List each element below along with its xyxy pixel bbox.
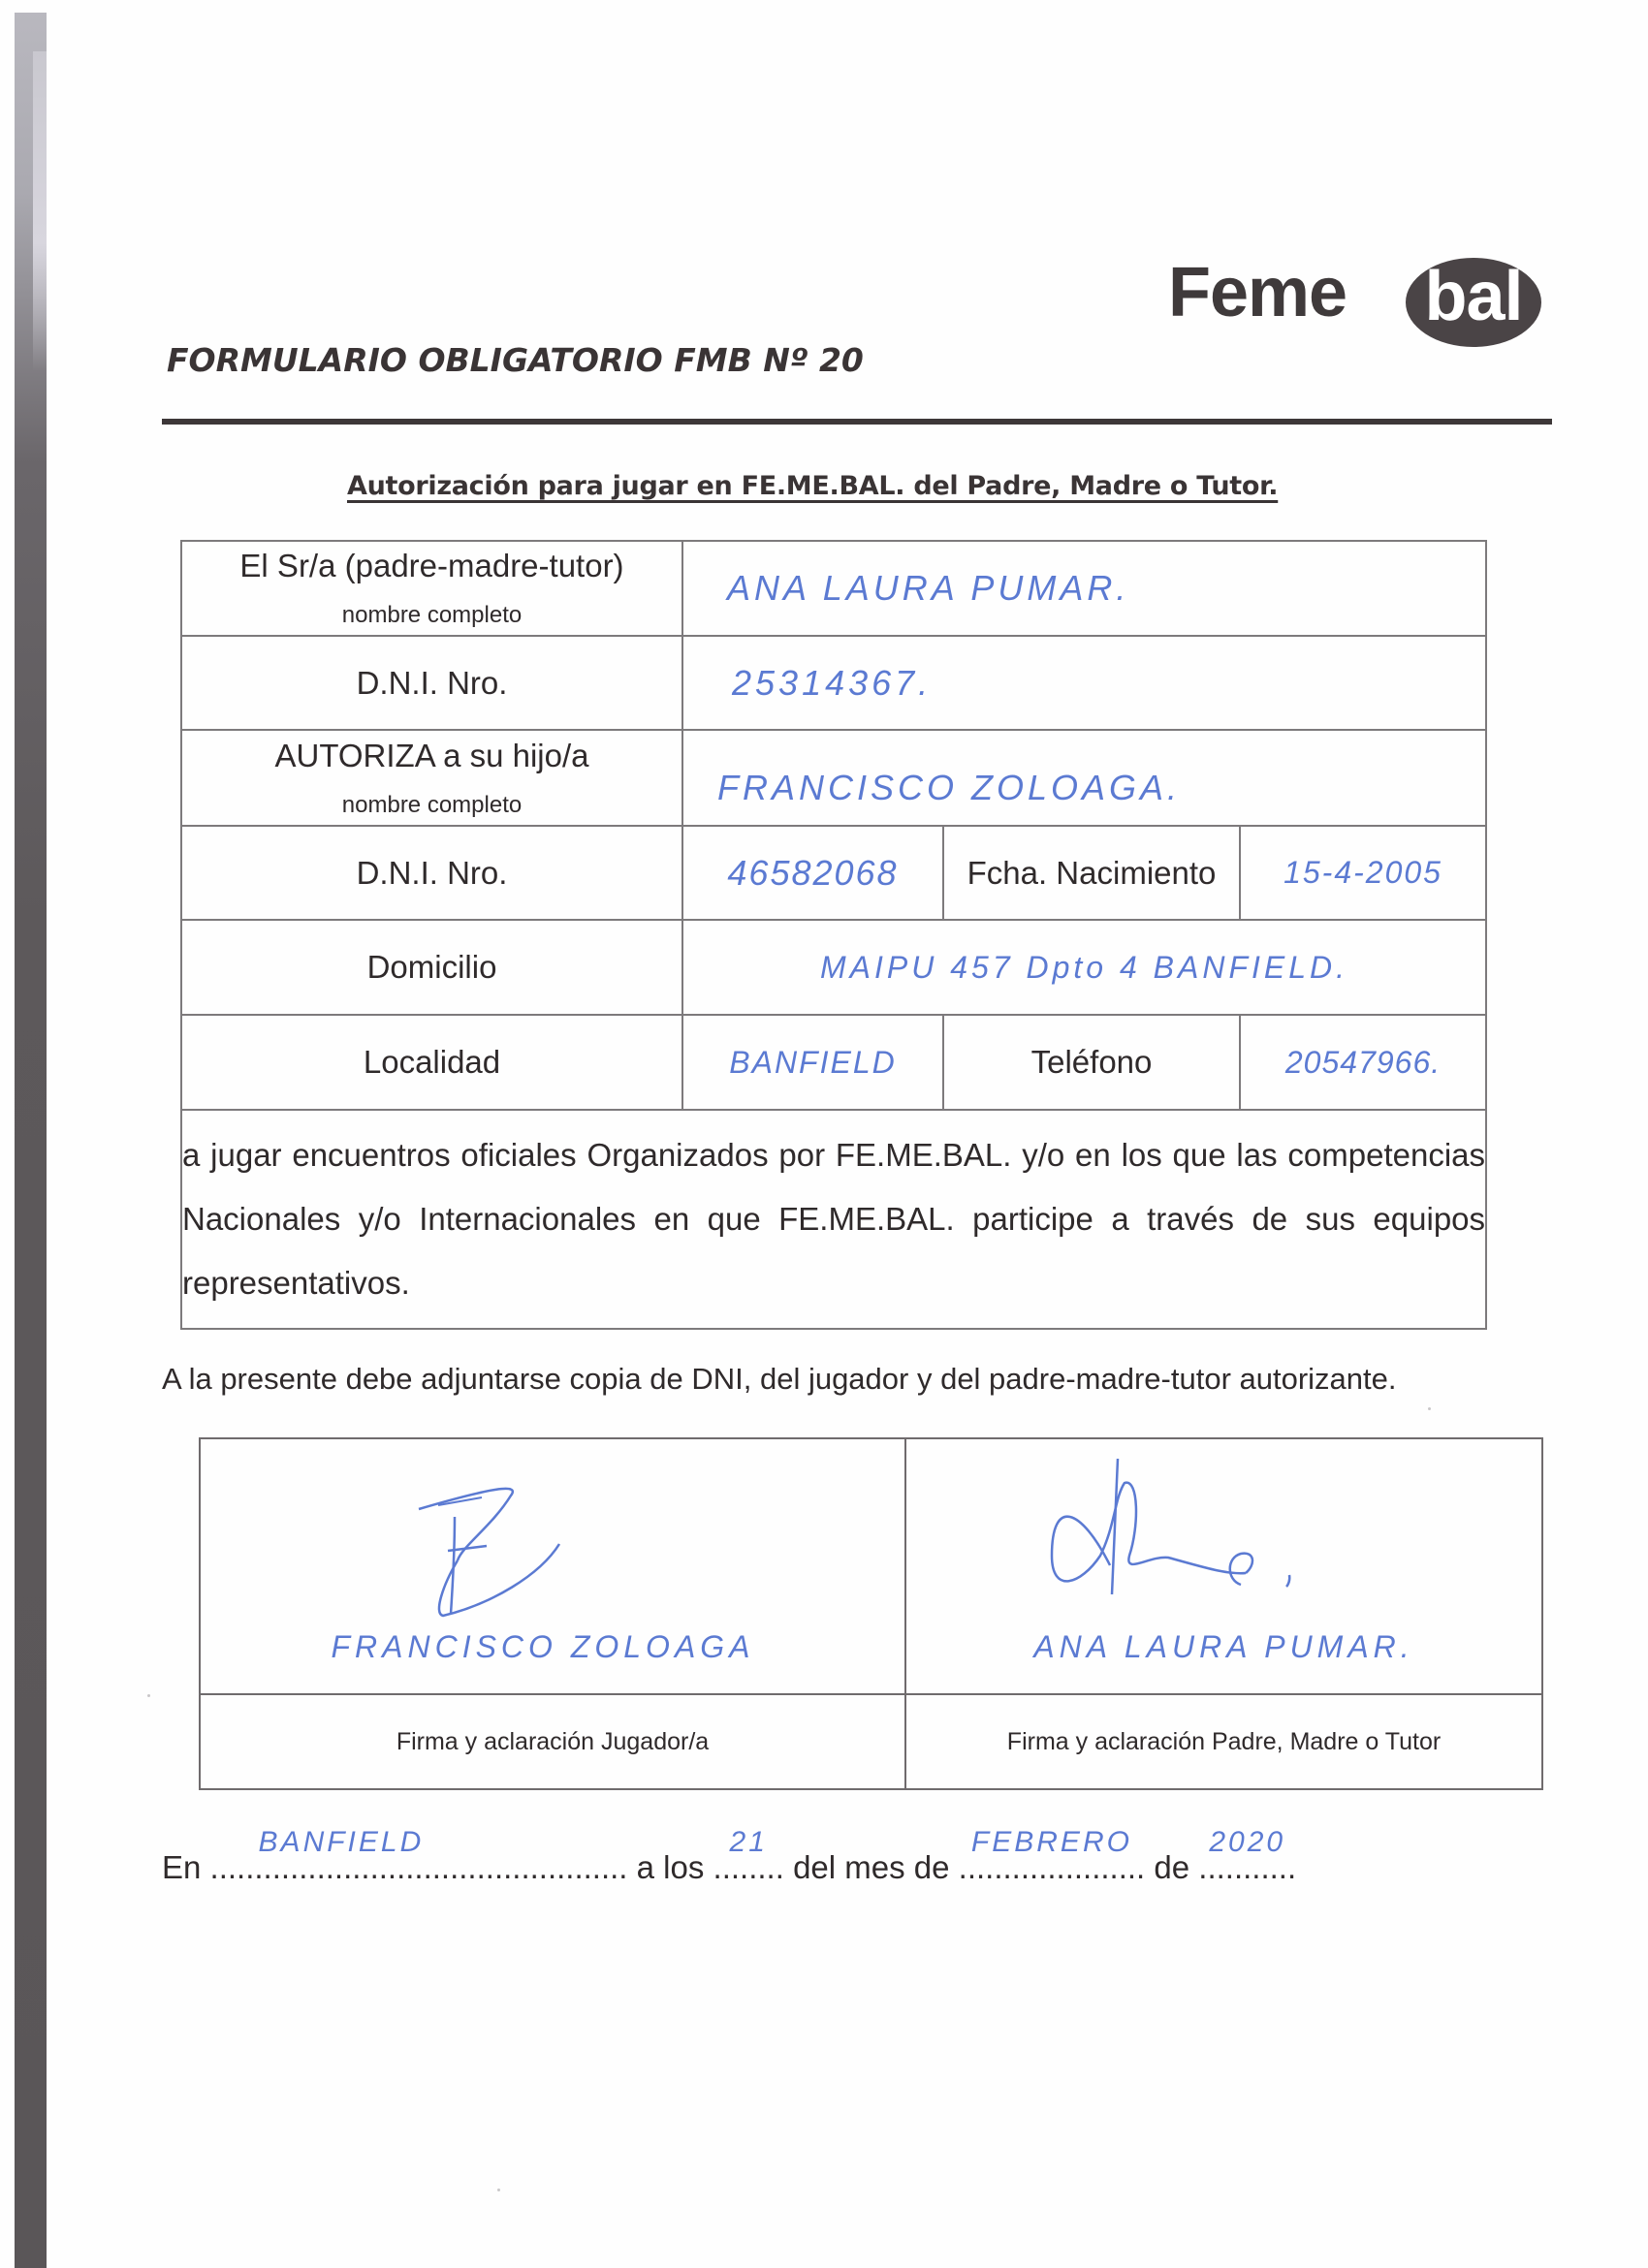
guardian-row: El Sr/a (padre-madre-tutor) nombre compl… — [181, 541, 1486, 636]
birth-date-field[interactable]: 15-4-2005 — [1240, 826, 1486, 920]
guardian-printed-name: ANA LAURA PUMAR. — [906, 1629, 1541, 1665]
attachment-note: A la presente debe adjuntarse copia de D… — [162, 1362, 1397, 1397]
guardian-dni-value: 25314367. — [683, 663, 932, 703]
guardian-label-cell: El Sr/a (padre-madre-tutor) nombre compl… — [181, 541, 682, 636]
place-field[interactable]: ........................................… — [210, 1849, 628, 1886]
month-value: FEBRERO — [959, 1826, 1146, 1859]
address-value: MAIPU 457 Dpto 4 BANFIELD. — [820, 950, 1348, 985]
del-mes-de-text: del mes de — [793, 1849, 949, 1885]
guardian-dni-field[interactable]: 25314367. — [682, 636, 1486, 730]
guardian-signature-box[interactable]: ANA LAURA PUMAR. — [905, 1438, 1542, 1694]
guardian-dni-row: D.N.I. Nro. 25314367. — [181, 636, 1486, 730]
place-value: BANFIELD — [210, 1826, 628, 1859]
femebal-logo: Feme bal — [1168, 244, 1556, 341]
player-printed-name: FRANCISCO ZOLOAGA — [201, 1629, 904, 1665]
year-value: 2020 — [1198, 1826, 1296, 1859]
child-sublabel: nombre completo — [182, 792, 681, 819]
scan-speck — [147, 1694, 150, 1697]
birth-date-value: 15-4-2005 — [1284, 855, 1442, 890]
child-name-field[interactable]: FRANCISCO ZOLOAGA. — [682, 730, 1486, 826]
year-field[interactable]: ........... 2020 — [1198, 1849, 1296, 1886]
scan-speck — [497, 2189, 500, 2191]
child-row: AUTORIZA a su hijo/a nombre completo FRA… — [181, 730, 1486, 826]
de-text: de — [1154, 1849, 1189, 1885]
scan-speck — [1428, 1407, 1431, 1410]
form-title: FORMULARIO OBLIGATORIO FMB Nº 20 — [167, 341, 864, 379]
address-label: Domicilio — [181, 920, 682, 1015]
signature-table: FRANCISCO ZOLOAGA ANA LAURA PUMAR. Firma… — [199, 1437, 1543, 1790]
a-los-text: a los — [637, 1849, 705, 1885]
locality-value: BANFIELD — [729, 1045, 896, 1080]
scan-edge-shadow — [15, 13, 47, 2268]
child-dni-row: D.N.I. Nro. 46582068 Fcha. Nacimiento 15… — [181, 826, 1486, 920]
guardian-signature-caption: Firma y aclaración Padre, Madre o Tutor — [905, 1694, 1542, 1789]
address-row: Domicilio MAIPU 457 Dpto 4 BANFIELD. — [181, 920, 1486, 1015]
date-place-line: En .....................................… — [162, 1849, 1519, 1907]
title-divider — [162, 419, 1552, 425]
guardian-label: El Sr/a (padre-madre-tutor) — [239, 548, 623, 583]
child-dni-field[interactable]: 46582068 — [682, 826, 943, 920]
guardian-name-field[interactable]: ANA LAURA PUMAR. — [682, 541, 1486, 636]
locality-field[interactable]: BANFIELD — [682, 1015, 943, 1110]
guardian-sublabel: nombre completo — [182, 602, 681, 629]
player-signature-box[interactable]: FRANCISCO ZOLOAGA — [200, 1438, 905, 1694]
locality-label: Localidad — [181, 1015, 682, 1110]
child-label-cell: AUTORIZA a su hijo/a nombre completo — [181, 730, 682, 826]
phone-value: 20547966. — [1285, 1045, 1441, 1080]
form-subtitle: Autorización para jugar en FE.ME.BAL. de… — [347, 471, 1278, 501]
child-dni-label: D.N.I. Nro. — [181, 826, 682, 920]
guardian-name-value: ANA LAURA PUMAR. — [683, 568, 1129, 608]
birth-date-label: Fcha. Nacimiento — [943, 826, 1240, 920]
authorization-text-row: a jugar encuentros oficiales Organizados… — [181, 1110, 1486, 1329]
child-name-value: FRANCISCO ZOLOAGA. — [683, 768, 1181, 807]
logo-oval-text: bal — [1410, 248, 1537, 345]
phone-field[interactable]: 20547966. — [1240, 1015, 1486, 1110]
month-field[interactable]: ..................... FEBRERO — [959, 1849, 1146, 1886]
phone-label: Teléfono — [943, 1015, 1240, 1110]
child-label: AUTORIZA a su hijo/a — [274, 738, 588, 773]
logo-text: Feme — [1168, 244, 1347, 341]
signature-row: FRANCISCO ZOLOAGA ANA LAURA PUMAR. — [200, 1438, 1542, 1694]
signature-caption-row: Firma y aclaración Jugador/a Firma y acl… — [200, 1694, 1542, 1789]
locality-row: Localidad BANFIELD Teléfono 20547966. — [181, 1015, 1486, 1110]
authorization-table: El Sr/a (padre-madre-tutor) nombre compl… — [180, 540, 1487, 1330]
player-signature-caption: Firma y aclaración Jugador/a — [200, 1694, 905, 1789]
authorization-text: a jugar encuentros oficiales Organizados… — [181, 1110, 1486, 1329]
child-dni-value: 46582068 — [727, 853, 898, 893]
date-prefix: En — [162, 1849, 201, 1885]
guardian-dni-label: D.N.I. Nro. — [181, 636, 682, 730]
day-value: 21 — [713, 1826, 784, 1859]
address-field[interactable]: MAIPU 457 Dpto 4 BANFIELD. — [682, 920, 1486, 1015]
day-field[interactable]: ........ 21 — [713, 1849, 784, 1886]
